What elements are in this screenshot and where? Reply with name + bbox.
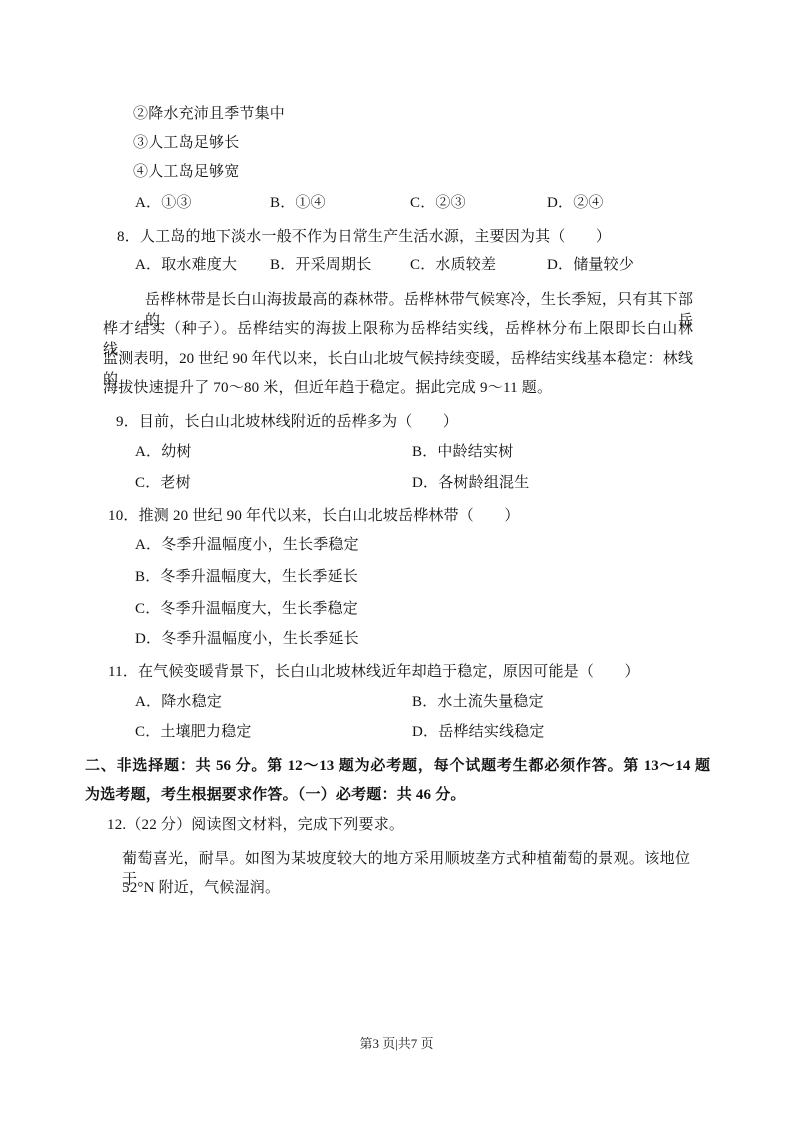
- q9-option-c: C．老树: [135, 473, 191, 494]
- q9-option-b: B．中龄结实树: [412, 442, 513, 463]
- q8-option-a: A．取水难度大: [135, 255, 237, 276]
- q8-stem: 8．人工岛的地下淡水一般不作为日常生产生活水源，主要因为其（ ）: [117, 227, 611, 248]
- section2-heading-line-2: 为选考题，考生根据要求作答。（一）必考题：共 46 分。: [85, 785, 466, 806]
- q10-option-d: D．冬季升温幅度小，生长季延长: [135, 629, 359, 650]
- q11-stem: 11．在气候变暖背景下，长白山北坡林线近年却趋于稳定，原因可能是（ ）: [108, 662, 640, 683]
- q8-option-c: C．水质较差: [410, 255, 496, 276]
- q9-stem: 9．目前，长白山北坡林线附近的岳桦多为（ ）: [116, 412, 458, 433]
- q7-statement-4: ④人工岛足够宽: [133, 162, 239, 183]
- q9-option-a: A．幼树: [135, 442, 192, 463]
- q7-statement-3: ③人工岛足够长: [133, 133, 239, 154]
- q10-option-b: B．冬季升温幅度大，生长季延长: [135, 567, 358, 588]
- q10-option-a: A．冬季升温幅度小，生长季稳定: [135, 535, 359, 556]
- q12-material-line-2: 52°N 附近，气候湿润。: [122, 878, 280, 899]
- q9-option-d: D．各树龄组混生: [412, 473, 529, 494]
- q7-option-c: C．②③: [410, 193, 466, 214]
- q8-option-b: B．开采周期长: [270, 255, 371, 276]
- exam-page: ②降水充沛且季节集中 ③人工岛足够长 ④人工岛足够宽 A．①③ B．①④ C．②…: [0, 0, 793, 1122]
- q12-stem: 12.（22 分）阅读图文材料，完成下列要求。: [107, 815, 404, 836]
- q8-option-d: D．储量较少: [547, 255, 634, 276]
- q11-option-c: C．土壤肥力稳定: [135, 722, 252, 743]
- q11-option-a: A．降水稳定: [135, 692, 222, 713]
- q7-option-a: A．①③: [135, 193, 192, 214]
- passage-line-4: 海拔快速提升了 70～80 米，但近年趋于稳定。据此完成 9～11 题。: [103, 378, 552, 399]
- q11-option-b: B．水土流失量稳定: [412, 692, 544, 713]
- q11-option-d: D．岳桦结实线稳定: [412, 722, 545, 743]
- section2-heading-line-1: 二、非选择题：共 56 分。第 12～13 题为必考题，每个试题考生都必须作答。…: [85, 756, 710, 777]
- page-number-footer: 第3 页|共7 页: [0, 1035, 793, 1053]
- q7-statement-2: ②降水充沛且季节集中: [133, 104, 285, 125]
- q10-stem: 10．推测 20 世纪 90 年代以来，长白山北坡岳桦林带（ ）: [108, 506, 520, 527]
- q10-option-c: C．冬季升温幅度大，生长季稳定: [135, 599, 358, 620]
- q7-option-b: B．①④: [270, 193, 326, 214]
- q7-option-d: D．②④: [547, 193, 604, 214]
